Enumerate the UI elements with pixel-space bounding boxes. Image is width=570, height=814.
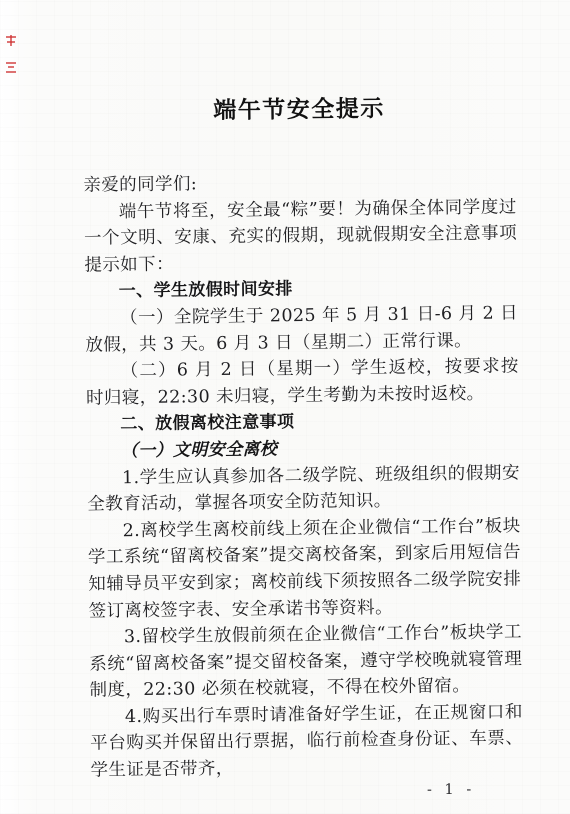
- section-2-item-4: 4.购买出行车票时请准备好学生证，在正规窗口和平台购买并保留出行票据，临行前检查…: [90, 699, 524, 784]
- page-title: 端午节安全提示: [81, 0, 516, 129]
- red-annotation-mark-icon: [5, 61, 17, 74]
- section-1-item-1: （一）全院学生于 2025 年 5 月 31 日-6 月 2 日放假，共 3 天…: [85, 300, 519, 358]
- scanned-document-page: 端午节安全提示 亲爱的同学们: 端午节将至，安全最“粽”要！为确保全体同学度过一…: [0, 0, 570, 814]
- section-2-item-3: 3.留校学生放假前须在企业微信“工作台”板块学工系统“留离校备案”提交留校备案，…: [89, 619, 523, 704]
- document-content: 端午节安全提示 亲爱的同学们: 端午节将至，安全最“粽”要！为确保全体同学度过一…: [81, 0, 524, 784]
- section-1-item-2: （二）6 月 2 日（星期一）学生返校，按要求按时归寝，22:30 未归寝，学生…: [86, 354, 520, 412]
- intro-paragraph: 端午节将至，安全最“粽”要！为确保全体同学度过一个文明、安康、充实的假期，现就假…: [84, 194, 518, 279]
- page-number: - 1 -: [427, 782, 475, 798]
- red-annotation-mark-icon: [5, 34, 17, 47]
- section-2-item-1: 1.学生应认真参加各二级学院、班级组织的假期安全教育活动，掌握各项安全防范知识。: [87, 460, 521, 518]
- section-2-item-2: 2.离校学生离校前线上须在企业微信“工作台”板块学工系统“留离校备案”提交离校备…: [87, 513, 521, 625]
- document-body: 亲爱的同学们: 端午节将至，安全最“粽”要！为确保全体同学度过一个文明、安康、充…: [83, 167, 523, 784]
